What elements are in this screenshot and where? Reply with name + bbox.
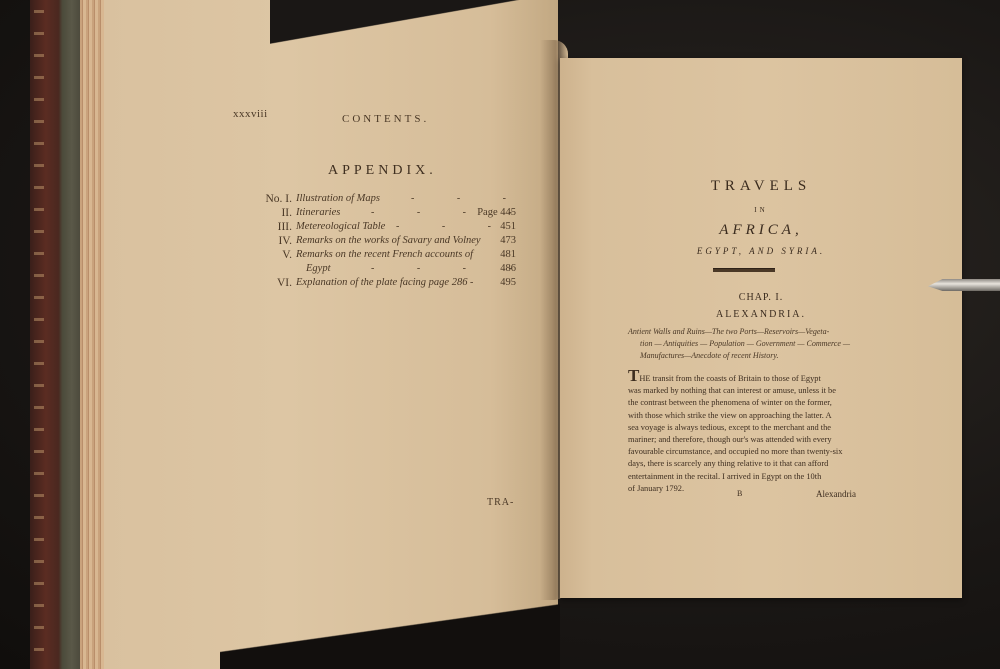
table-of-contents: No. I. Illustration of Maps - - - II. It… — [246, 192, 522, 290]
chapter-title: ALEXANDRIA. — [560, 309, 962, 320]
toc-page: 473 — [500, 234, 516, 248]
body-line: days, there is scarcely any thing relati… — [628, 458, 860, 470]
book-title: TRAVELS — [560, 178, 962, 195]
background-shadow-top — [270, 0, 560, 45]
toc-row: II. Itineraries - - - - Page 445 — [246, 206, 522, 220]
page-folio: xxxviii — [233, 108, 268, 120]
body-text: THE transit from the coasts of Britain t… — [628, 371, 860, 495]
toc-leader: - — [470, 276, 493, 290]
synopsis-line: Manufactures—Anecdote of recent History. — [628, 350, 860, 362]
gilt-tooling — [34, 0, 44, 669]
background-shadow-bottom — [220, 600, 560, 669]
left-page — [104, 0, 558, 669]
toc-number: III. — [278, 220, 292, 234]
toc-row: Egypt - - - - 486 — [246, 262, 522, 276]
toc-leader: - - - — [411, 192, 526, 206]
drop-cap: T — [628, 366, 639, 385]
body-line: favourable circumstance, and occupied no… — [628, 446, 860, 458]
toc-row: No. I. Illustration of Maps - - - — [246, 192, 522, 206]
book-title-africa: AFRICA, — [560, 222, 962, 239]
book-photo: xxxviii CONTENTS. APPENDIX. No. I. Illus… — [0, 0, 1000, 669]
book-title-in: IN — [560, 206, 962, 214]
catchword: TRA- — [487, 497, 514, 508]
toc-leader: - - - — [396, 220, 511, 234]
decorative-rule — [713, 268, 775, 272]
toc-title: Remarks on the recent French accounts of — [296, 248, 473, 262]
toc-number: V. — [282, 248, 292, 262]
synopsis-line: Antient Walls and Ruins—The two Ports—Re… — [628, 326, 860, 338]
body-line: HE transit from the coasts of Britain to… — [639, 374, 820, 383]
chapter-number: CHAP. I. — [560, 292, 962, 303]
toc-row: III. Metereological Table - - - 451 — [246, 220, 522, 234]
toc-page: 486 — [500, 262, 516, 276]
body-line: sea voyage is always tedious, except to … — [628, 422, 860, 434]
toc-title: Illustration of Maps — [296, 192, 380, 206]
toc-page: 495 — [500, 276, 516, 290]
body-line: entertainment in the recital. I arrived … — [628, 471, 860, 483]
catchword: Alexandria — [816, 489, 856, 499]
toc-number: IV. — [278, 234, 292, 248]
toc-page: 451 — [500, 220, 516, 234]
toc-row: VI. Explanation of the plate facing page… — [246, 276, 522, 290]
toc-number: No. I. — [265, 192, 292, 206]
toc-title: Itineraries — [296, 206, 340, 220]
toc-page: 481 — [500, 248, 516, 262]
chapter-synopsis: Antient Walls and Ruins—The two Ports—Re… — [628, 326, 860, 362]
toc-title: Metereological Table — [296, 220, 385, 234]
body-line-first: THE transit from the coasts of Britain t… — [628, 371, 860, 385]
toc-page: Page 445 — [477, 206, 516, 220]
page-edges — [80, 0, 106, 669]
toc-title: Explanation of the plate facing page 286 — [296, 276, 467, 290]
body-line: the contrast between the phenomena of wi… — [628, 397, 860, 409]
toc-row: IV. Remarks on the works of Savary and V… — [246, 234, 522, 248]
toc-title: Egypt — [306, 262, 331, 276]
section-title: APPENDIX. — [328, 163, 437, 179]
body-line: was marked by nothing that can interest … — [628, 385, 860, 397]
toc-title: Remarks on the works of Savary and Volne… — [296, 234, 481, 248]
running-head: CONTENTS. — [342, 113, 429, 125]
toc-row: V. Remarks on the recent French accounts… — [246, 248, 522, 262]
signature-mark: B — [737, 489, 742, 498]
body-line: with those which strike the view on appr… — [628, 410, 860, 422]
toc-number: II. — [281, 206, 292, 220]
synopsis-line: tion — Antiquities — Population — Govern… — [628, 338, 860, 350]
book-subtitle: EGYPT, AND SYRIA. — [560, 246, 962, 256]
toc-number: VI. — [277, 276, 292, 290]
body-line: mariner; and therefore, though our's was… — [628, 434, 860, 446]
